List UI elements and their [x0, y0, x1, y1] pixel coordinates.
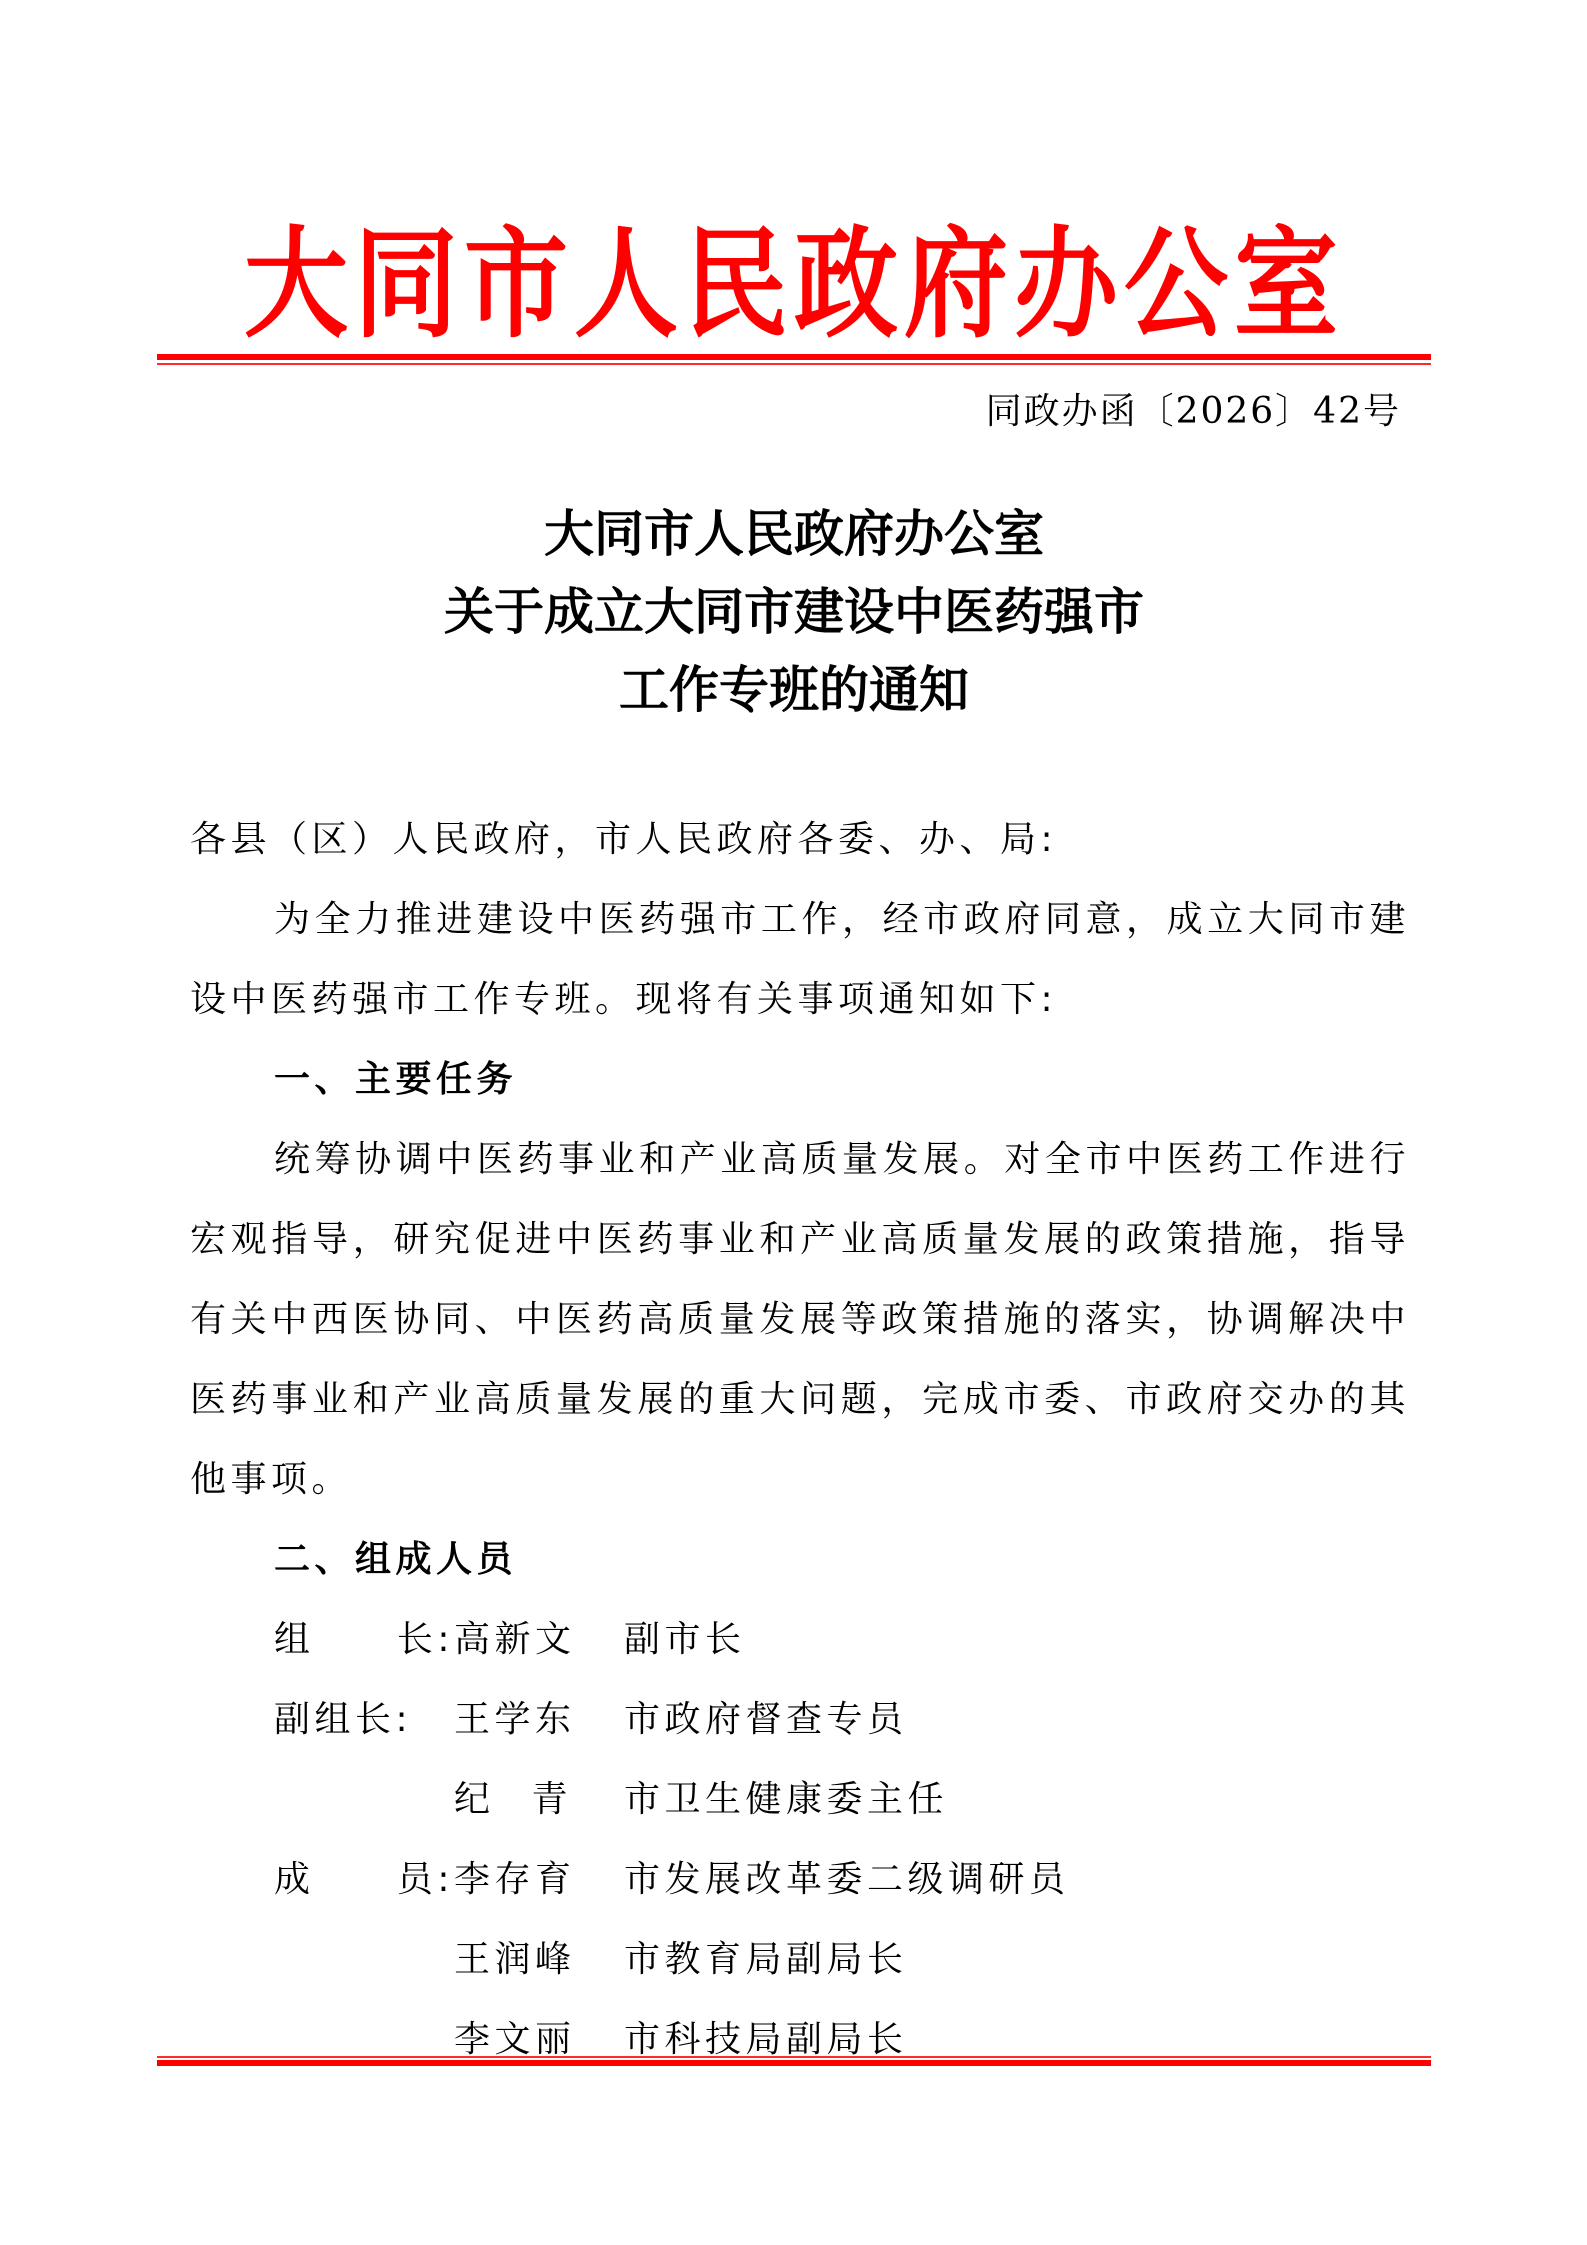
member-name: 王学东: [454, 1680, 572, 1760]
member-title: 副市长: [624, 1600, 746, 1680]
rule-thick-line: [157, 2060, 1431, 2066]
rule-thick-line: [157, 354, 1431, 360]
tasks-paragraph: 统筹协调中医药事业和产业高质量发展。对全市中医药工作进行宏观指导，研究促进中医药…: [190, 1120, 1410, 1520]
member-list: 组长: 高新文 副市长 副组长: 王学东 市政府督查专员 纪青 市卫生健康委主任…: [190, 1600, 1410, 2080]
member-row: 王润峰 市教育局副局长: [190, 1920, 1410, 2000]
document-number: 同政办函〔2026〕42号: [986, 390, 1401, 434]
footer-red-rule: [157, 2056, 1431, 2068]
member-title: 市教育局副局长: [624, 1920, 908, 2000]
member-row: 李文丽 市科技局副局长: [190, 2000, 1410, 2080]
member-row: 纪青 市卫生健康委主任: [190, 1760, 1410, 1840]
issuer-masthead: 大同市人民政府办公室: [157, 215, 1431, 353]
document-title: 大同市人民政府办公室 关于成立大同市建设中医药强市 工作专班的通知: [157, 495, 1431, 729]
member-title: 市科技局副局长: [624, 2000, 908, 2080]
document-page: 大同市人民政府办公室 同政办函〔2026〕42号 大同市人民政府办公室 关于成立…: [0, 0, 1587, 2245]
member-role: 成员:: [190, 1840, 454, 1920]
section-heading-members: 二、组成人员: [190, 1520, 1410, 1600]
member-row: 成员: 李存育 市发展改革委二级调研员: [190, 1840, 1410, 1920]
member-name: 纪青: [454, 1760, 572, 1840]
member-row: 副组长: 王学东 市政府督查专员: [190, 1680, 1410, 1760]
title-line: 工作专班的通知: [157, 651, 1431, 729]
title-line: 大同市人民政府办公室: [157, 495, 1431, 573]
member-title: 市政府督查专员: [624, 1680, 908, 1760]
member-title: 市卫生健康委主任: [624, 1760, 948, 1840]
salutation: 各县（区）人民政府，市人民政府各委、办、局:: [190, 800, 1410, 880]
member-name: 李存育: [454, 1840, 572, 1920]
member-name: 王润峰: [454, 1920, 572, 2000]
header-red-rule: [157, 354, 1431, 366]
member-name: 高新文: [454, 1600, 572, 1680]
member-row: 组长: 高新文 副市长: [190, 1600, 1410, 1680]
member-title: 市发展改革委二级调研员: [624, 1840, 1070, 1920]
member-role: 组长:: [190, 1600, 454, 1680]
title-line: 关于成立大同市建设中医药强市: [157, 573, 1431, 651]
document-body: 各县（区）人民政府，市人民政府各委、办、局: 为全力推进建设中医药强市工作，经市…: [190, 800, 1410, 2080]
rule-thin-line: [157, 363, 1431, 365]
section-heading-tasks: 一、主要任务: [190, 1040, 1410, 1120]
intro-paragraph: 为全力推进建设中医药强市工作，经市政府同意，成立大同市建设中医药强市工作专班。现…: [190, 880, 1410, 1040]
rule-thin-line: [157, 2056, 1431, 2058]
member-name: 李文丽: [454, 2000, 572, 2080]
member-role: 副组长:: [190, 1680, 454, 1760]
